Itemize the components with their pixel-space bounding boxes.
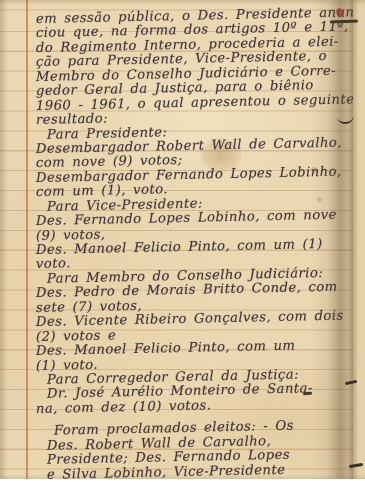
page-edge-shadow-left [0, 0, 8, 479]
margin-line [26, 0, 28, 479]
binding-shadow [310, 0, 353, 479]
binding-spot [336, 8, 343, 16]
page-edge-shadow-top [0, 0, 365, 6]
handwriting-text: em sessão pública, o Des. Presidente anu… [36, 13, 356, 479]
page-background: em sessão pública, o Des. Presidente anu… [0, 0, 365, 479]
page-edge-shadow-bottom [0, 474, 365, 479]
adjacent-page-edge [353, 0, 365, 479]
